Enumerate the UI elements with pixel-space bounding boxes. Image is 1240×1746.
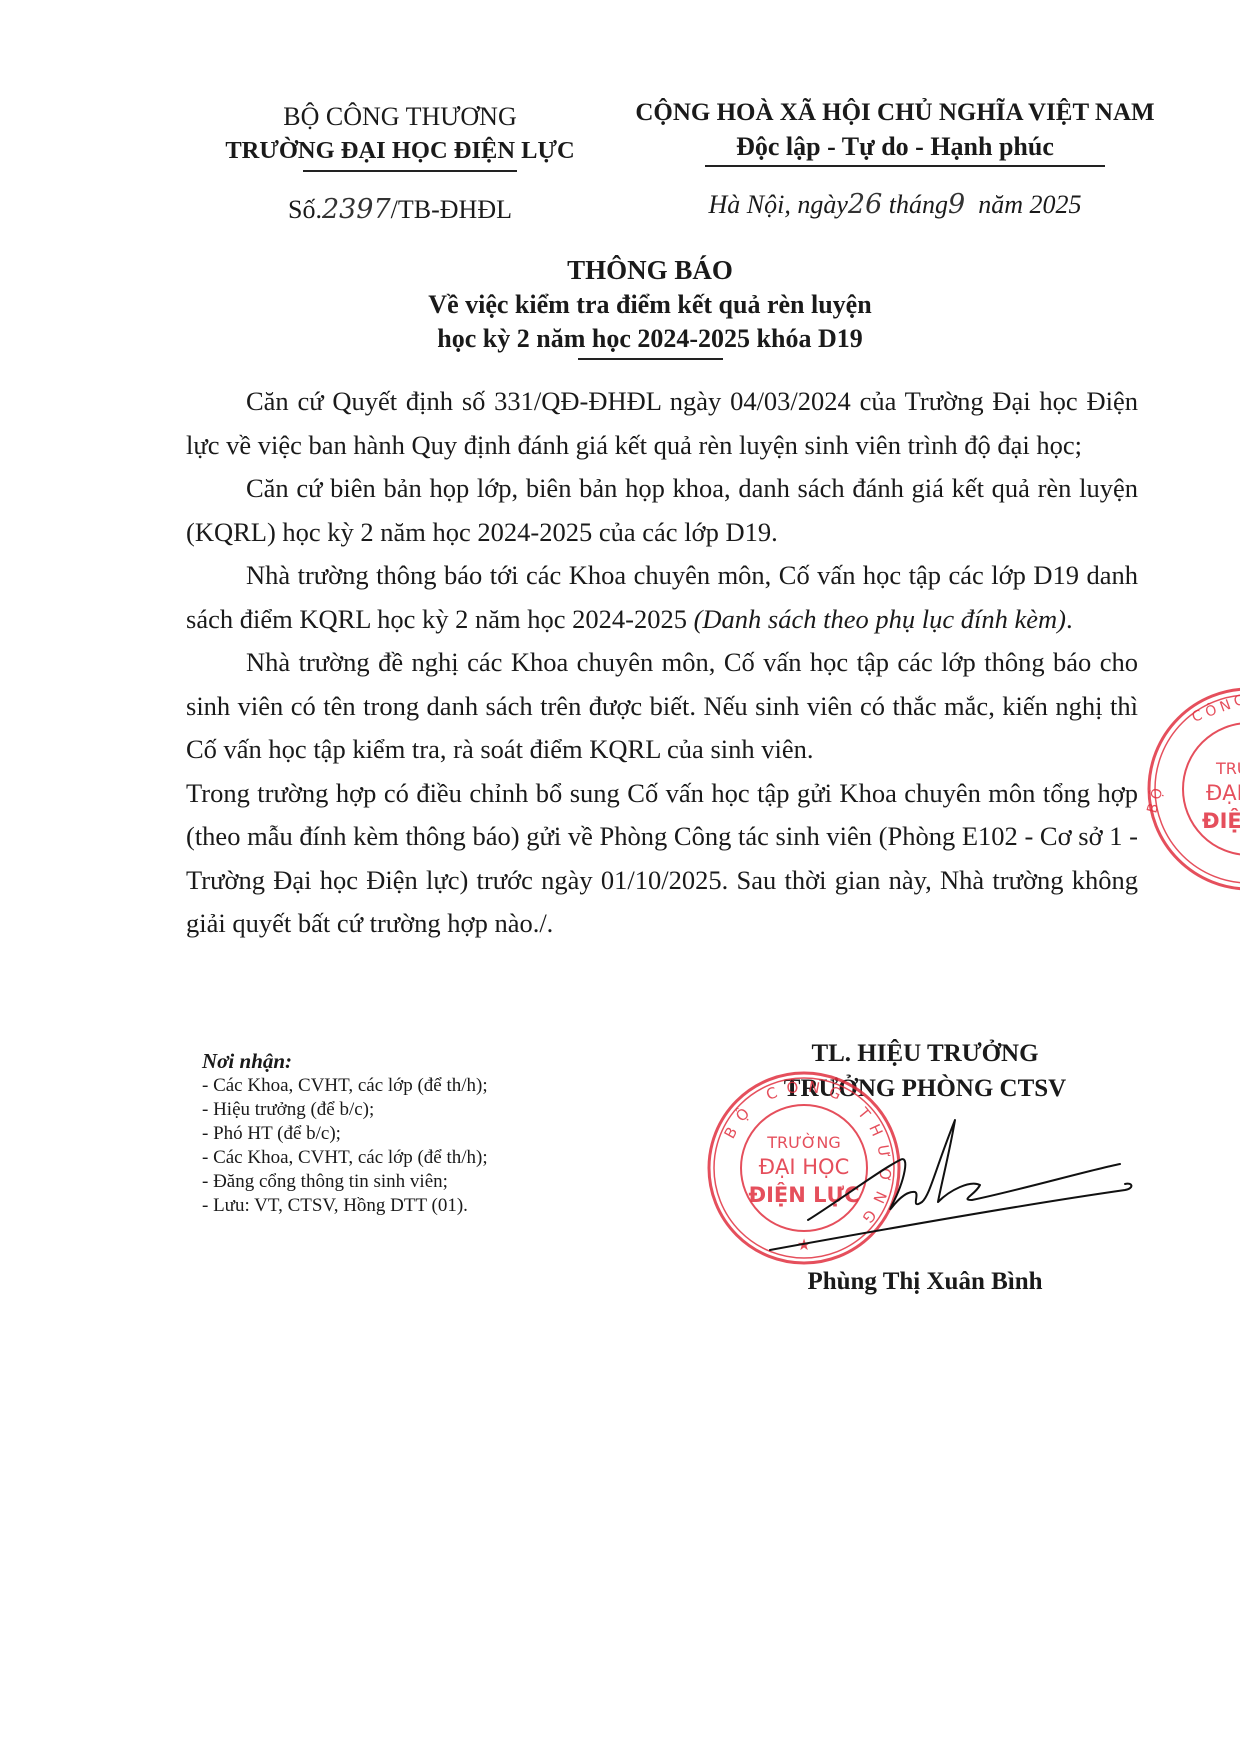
signature-title: TL. HIỆU TRƯỞNG TRƯỞNG PHÒNG CTSV: [740, 1036, 1110, 1106]
paragraph-legal-basis-2: Căn cứ biên bản họp lớp, biên bản họp kh…: [186, 467, 1138, 554]
recipient-item: - Đăng cổng thông tin sinh viên;: [202, 1170, 622, 1194]
recipient-item: - Các Khoa, CVHT, các lớp (để th/h);: [202, 1074, 622, 1098]
title-subject-line2: học kỳ 2 năm học 2024-2025 khóa D19: [200, 322, 1100, 356]
svg-text:ĐIỆ: ĐIỆ: [1202, 807, 1240, 833]
paragraph-deadline: Trong trường hợp có điều chỉnh bổ sung C…: [186, 772, 1138, 946]
document-body: Căn cứ Quyết định số 331/QĐ-ĐHĐL ngày 04…: [186, 380, 1138, 946]
school-name: TRƯỜNG ĐẠI HỌC ĐIỆN LỰC: [190, 134, 610, 168]
doc-number-handwritten: 2397: [322, 194, 391, 225]
recipient-item: - Hiệu trưởng (để b/c);: [202, 1098, 622, 1122]
recipients-block: Nơi nhận: - Các Khoa, CVHT, các lớp (để …: [202, 1048, 622, 1218]
document-title: THÔNG BÁO Về việc kiểm tra điểm kết quả …: [200, 252, 1100, 360]
signature-authority: TL. HIỆU TRƯỞNG: [740, 1036, 1110, 1071]
handwritten-signature-icon: [760, 1110, 1140, 1270]
title-underline: [578, 358, 723, 360]
signer-name: Phùng Thị Xuân Bình: [740, 1268, 1110, 1296]
date-month: 9: [948, 189, 965, 220]
school-underline: [303, 170, 517, 172]
recipient-item: - Lưu: VT, CTSV, Hồng DTT (01).: [202, 1194, 622, 1218]
nation-name: CỘNG HOÀ XÃ HỘI CHỦ NGHĨA VIỆT NAM: [615, 96, 1175, 130]
svg-text:B Ộ: B Ộ: [1146, 786, 1166, 815]
date-year: năm 2025: [978, 190, 1081, 219]
paragraph-announcement: Nhà trường thông báo tới các Khoa chuyên…: [186, 554, 1138, 641]
svg-text:TRƯ: TRƯ: [1215, 759, 1240, 778]
paragraph-legal-basis-1: Căn cứ Quyết định số 331/QĐ-ĐHĐL ngày 04…: [186, 380, 1138, 467]
recipient-item: - Các Khoa, CVHT, các lớp (để th/h);: [202, 1146, 622, 1170]
date-month-label: tháng: [889, 190, 948, 219]
ministry-name: BỘ CÔNG THƯƠNG: [190, 100, 610, 134]
date-place: Hà Nội, ngày: [709, 190, 848, 219]
svg-text:ĐẠI: ĐẠI: [1206, 781, 1240, 805]
announcement-note: (Danh sách theo phụ lục đính kèm): [694, 604, 1066, 634]
place-date: Hà Nội, ngày26 tháng9 năm 2025: [615, 189, 1175, 220]
motto-underline: [705, 165, 1105, 167]
title-subject-line1: Về việc kiểm tra điểm kết quả rèn luyện: [200, 288, 1100, 322]
doc-number-suffix: /TB-ĐHĐL: [391, 195, 512, 224]
issuer-block: BỘ CÔNG THƯƠNG TRƯỜNG ĐẠI HỌC ĐIỆN LỰC S…: [190, 100, 610, 225]
svg-text:C Ô N G: C Ô N G: [1189, 690, 1240, 726]
national-motto: Độc lập - Tự do - Hạnh phúc: [615, 130, 1175, 164]
signature-position: TRƯỞNG PHÒNG CTSV: [740, 1071, 1110, 1106]
title-main: THÔNG BÁO: [200, 252, 1100, 288]
recipient-item: - Phó HT (để b/c);: [202, 1122, 622, 1146]
partial-stamp-icon: TRƯ ĐẠI ĐIỆ C Ô N G B Ộ: [1146, 686, 1240, 896]
document-number: Số.2397/TB-ĐHĐL: [190, 194, 610, 225]
doc-number-prefix: Số.: [288, 195, 322, 224]
paragraph-request: Nhà trường đề nghị các Khoa chuyên môn, …: [186, 641, 1138, 772]
recipients-heading: Nơi nhận:: [202, 1048, 622, 1074]
national-header: CỘNG HOÀ XÃ HỘI CHỦ NGHĨA VIỆT NAM Độc l…: [615, 96, 1175, 220]
date-day: 26: [848, 189, 882, 220]
announcement-end: .: [1066, 604, 1073, 634]
